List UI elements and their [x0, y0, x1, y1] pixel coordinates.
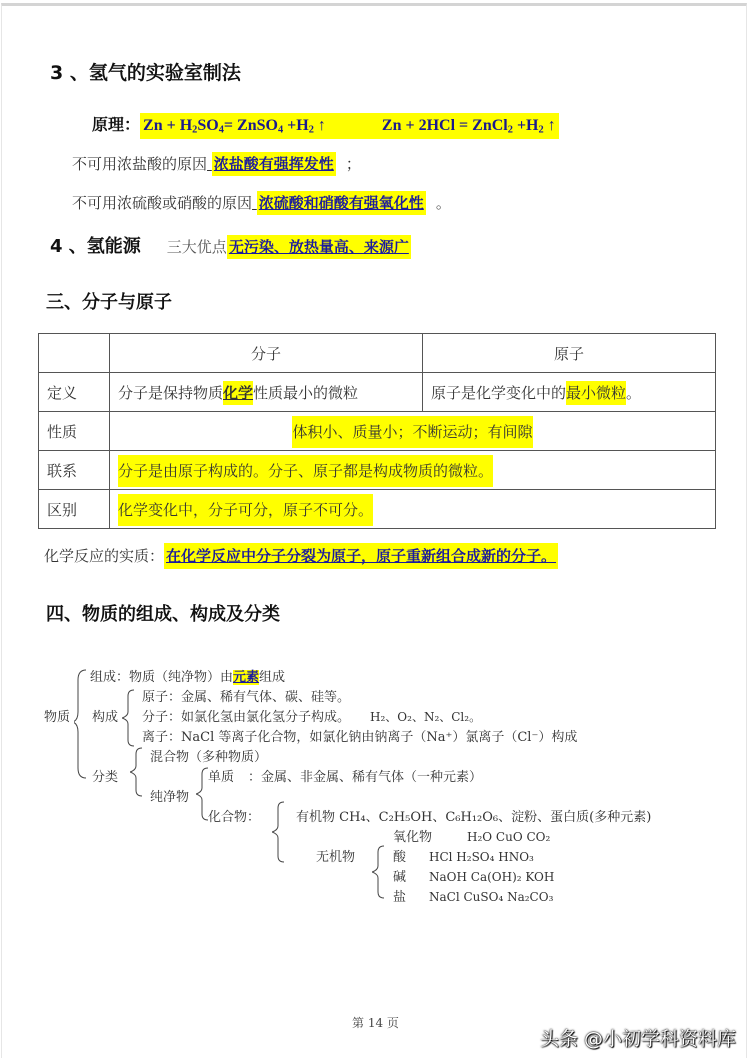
structure-molecule: 分子：如氯化氢由氯化氢分子构成。H₂、O₂、N₂、Cl₂。	[142, 706, 481, 725]
structure-atom: 原子：金属、稀有气体、碳、硅等。	[142, 686, 350, 705]
hcl-reason-line: 不可用浓盐酸的原因 浓盐酸有强挥发性；	[72, 153, 361, 174]
hydrogen-advantages: 无污染、放热量高、来源广	[227, 235, 411, 259]
relation-cell: 分子是由原子构成的。分子、原子都是构成物质的微粒。	[118, 455, 493, 487]
table-header-row: 分子 原子	[39, 334, 716, 373]
h2so4-reason-answer: 浓硫酸和硝酸有强氧化性	[257, 191, 426, 215]
principle-line: 原理：Zn + H2SO4= ZnSO4 +H2 ↑Zn + 2HCl = Zn…	[92, 112, 559, 136]
tree-root: 物质	[44, 706, 70, 725]
part-three-title: 三、分子与原子	[46, 288, 172, 314]
hcl-reason-answer: 浓盐酸有强挥发性	[212, 152, 336, 176]
molecule-definition: 分子是保持物质化学性质最小的微粒	[110, 373, 423, 412]
section4-line: 4 、氢能源三大优点无污染、放热量高、来源广	[50, 232, 411, 258]
h2so4-reason-line: 不可用浓硫酸或硝酸的原因 浓硫酸和硝酸有强氧化性。	[72, 192, 451, 213]
pure-substance-label: 纯净物	[150, 786, 189, 805]
table-row: 性质 体积小、质量小；不断运动；有间隙	[39, 412, 716, 451]
inorganic-brace-icon	[372, 844, 388, 900]
classify-label: 分类	[92, 766, 118, 785]
page-number: 第 14 页	[352, 1014, 399, 1031]
header-atom: 原子	[423, 334, 716, 373]
inorganic-salt: 盐NaCl CuSO₄ Na₂CO₃	[393, 886, 553, 905]
header-molecule: 分子	[110, 334, 423, 373]
equation-block: Zn + H2SO4= ZnSO4 +H2 ↑Zn + 2HCl = ZnCl2…	[140, 113, 559, 139]
inorganic-acid: 酸HCl H₂SO₄ HNO₃	[393, 846, 534, 865]
composition-line: 组成：物质（纯净物）由元素组成	[90, 666, 285, 685]
element-line: 单质：金属、非金属、稀有气体（一种元素）	[208, 766, 482, 785]
structure-brace-icon	[122, 688, 138, 748]
principle-label: 原理：	[92, 115, 140, 134]
atom-definition: 原子是化学变化中的最小微粒。	[423, 373, 716, 412]
section3-title: 3 、氢气的实验室制法	[50, 58, 241, 85]
mixture: 混合物（多种物质）	[150, 746, 267, 765]
organic-compounds: 有机物 CH₄、C₂H₅OH、C₆H₁₂O₆、淀粉、蛋白质(多种元素)	[296, 806, 651, 825]
difference-cell: 化学变化中，分子可分，原子不可分。	[118, 494, 373, 526]
root-brace-icon	[74, 668, 90, 780]
properties-cell: 体积小、质量小；不断运动；有间隙	[292, 416, 532, 448]
molecule-atom-table: 分子 原子 定义 分子是保持物质化学性质最小的微粒 原子是化学变化中的最小微粒。…	[38, 333, 716, 529]
structure-label: 构成	[92, 706, 118, 725]
inorganic-oxide: 氧化物H₂O CuO CO₂	[393, 826, 550, 845]
table-row: 联系 分子是由原子构成的。分子、原子都是构成物质的微粒。	[39, 451, 716, 490]
inorganic-base: 碱NaOH Ca(OH)₂ KOH	[393, 866, 554, 885]
section4-title: 4 、氢能源	[50, 236, 141, 257]
table-row: 定义 分子是保持物质化学性质最小的微粒 原子是化学变化中的最小微粒。	[39, 373, 716, 412]
classify-brace-icon	[130, 746, 146, 798]
reaction-essence-answer: 在化学反应中分子分裂为原子，原子重新组合成新的分子。	[164, 543, 558, 569]
table-row: 区别 化学变化中，分子可分，原子不可分。	[39, 490, 716, 529]
structure-ion: 离子：NaCl 等离子化合物，如氯化钠由钠离子（Na⁺）氯离子（Cl⁻）构成	[142, 726, 577, 745]
compound-label: 化合物：	[208, 806, 260, 825]
part-four-title: 四、物质的组成、构成及分类	[46, 600, 280, 626]
reaction-essence-line: 化学反应的实质：在化学反应中分子分裂为原子，原子重新组合成新的分子。	[44, 545, 558, 566]
compound-brace-icon	[272, 800, 288, 864]
watermark: 头条 @小初学科资料库	[540, 1024, 736, 1051]
inorganic-label: 无机物	[316, 846, 355, 865]
